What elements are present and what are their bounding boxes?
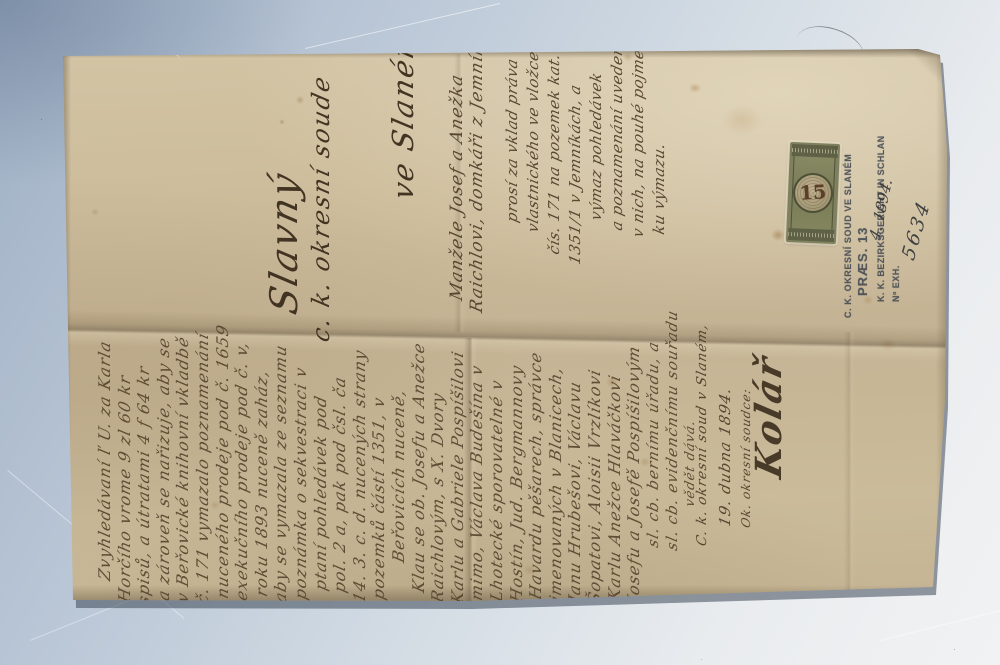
decision-line-1: Zvyhledávaní ľ U. za Karla bbox=[95, 339, 114, 583]
petition-line-2: vlastnického ve vložce bbox=[524, 49, 542, 234]
heading-line-1: Slavný bbox=[262, 168, 306, 318]
decision-line-4: a zároveň se nařizuje, aby se bbox=[154, 335, 173, 602]
decision-line-9: roku 1893 nuceně zaház, bbox=[252, 368, 271, 599]
decision-line-8: exekučního prodeje pod č. v, bbox=[232, 339, 251, 602]
decision-line-17: Klau se ob. Josefu a Anežce bbox=[409, 340, 428, 594]
decision-line-23: Havardu pěšarech, správce bbox=[526, 350, 545, 602]
signature-line-1: Kolář bbox=[748, 352, 790, 482]
petitioners-line-2: Raichlovi, domkáři z Jemník bbox=[467, 42, 487, 315]
heading-line-2: c. k. okresní soude bbox=[307, 72, 335, 345]
scratch-line bbox=[305, 3, 500, 49]
decision-line-29: sl. cb. bernímu úřadu, a bbox=[644, 339, 662, 549]
petition-line-4: 1351/1 v Jemníkách, a bbox=[566, 83, 584, 267]
ink-stamp-line-4: Nº EXH. bbox=[891, 265, 901, 302]
petition-line-3: čís. 171 na pozemek kat. bbox=[545, 52, 563, 257]
decision-line-3: spisů, a útratami 4 f 64 kr bbox=[134, 364, 153, 607]
dateline-line-2: 19. dubna 1894. bbox=[716, 385, 734, 528]
decision-line-7: nuceného prodeje pod č. 1659 bbox=[213, 322, 232, 600]
paper-edge-shading bbox=[936, 52, 947, 592]
revenue-stamp-top-band bbox=[792, 144, 838, 158]
decision-line-2: Horčího vrome 9 zl 60 kr bbox=[115, 373, 134, 604]
decision-line-21: Lhotecké sporovatelné v bbox=[487, 377, 506, 603]
stamp-value: 15 bbox=[799, 181, 827, 205]
decision-line-5: v Beřovické knihovní vkladbě bbox=[173, 334, 192, 604]
scratch-line bbox=[880, 609, 1000, 641]
dateline-line-1: C. k. okresní soud v Slaném, bbox=[694, 322, 710, 548]
petition-line-6: a poznamenání uvedených bbox=[608, 15, 626, 232]
decision-line-10: aby se vymazala ze seznamu bbox=[271, 342, 290, 604]
ink-stamp-line-1: C. K. OKRESNÍ SOUD VE SLANÉM bbox=[843, 154, 853, 318]
decision-line-25: Janu Hrubešovi, Václavu bbox=[565, 379, 584, 604]
revenue-stamp: 15 bbox=[786, 142, 840, 244]
decision-line-13: pol. 2 a, pak pod čsl. ča bbox=[330, 374, 349, 594]
white-thread-fiber bbox=[168, 4, 205, 60]
decision-line-20: mimo, Václava Budešína v bbox=[467, 363, 486, 603]
photo-scene: Slavnýc. k. okresní soudeve Slaném.Manže… bbox=[0, 0, 1000, 665]
decision-line-30: sl. cb. evidenčnímu souřadu bbox=[663, 308, 681, 552]
petition-line-7: v nich, na pouhé pojme bbox=[629, 47, 647, 239]
decision-line-12: ptaní pohledávek pod bbox=[311, 393, 330, 592]
decision-line-19: Karlu a Gabriele Pospíšilovi bbox=[448, 349, 467, 606]
decision-line-28: Josefu a Josefě Pospíšilovým bbox=[624, 343, 643, 604]
fold-crease-vertical bbox=[844, 332, 856, 590]
revenue-stamp-bottom-band bbox=[788, 228, 834, 242]
petition-line-8: ku výmazu. bbox=[650, 141, 668, 236]
decision-line-27: Karlu Anežce Hlaváčkovi bbox=[605, 372, 624, 602]
document-paper: Slavnýc. k. okresní soudeve Slaném.Manže… bbox=[0, 0, 1000, 665]
decision-line-6: č. 171 vymazalo poznamenání bbox=[193, 331, 212, 606]
decision-line-11: poznámka o sekvestraci v bbox=[291, 365, 310, 602]
petition-line-1: prosí za vklad práva bbox=[503, 57, 521, 225]
petitioners-line-1: Manžele Josef a Anežka bbox=[447, 72, 467, 303]
decision-line-26: Šopatovi, Aloisii Vrzlíkovi bbox=[585, 367, 604, 605]
decision-line-24: jmenovaných v Blanicech, bbox=[546, 364, 565, 603]
decision-line-22: Hostín, Jud. Bergmannovy bbox=[507, 363, 526, 604]
petition-line-5: výmaz pohledávek bbox=[587, 70, 605, 222]
decision-line-15: pozemků částí 1351, v bbox=[369, 395, 388, 602]
decision-line-16: Beřovicích nuceně, bbox=[389, 387, 408, 564]
decision-line-14: 14. 3. c. d. nucených strany bbox=[350, 348, 369, 605]
ink-stamp-handwritten-number: 5634 bbox=[898, 196, 935, 264]
decision-line-18: Raichlovým, s X. Dvory bbox=[428, 390, 447, 604]
heading-line-3: ve Slaném. bbox=[386, 13, 420, 203]
ink-stamp-handwritten-date: 4. 1894. bbox=[866, 175, 896, 243]
